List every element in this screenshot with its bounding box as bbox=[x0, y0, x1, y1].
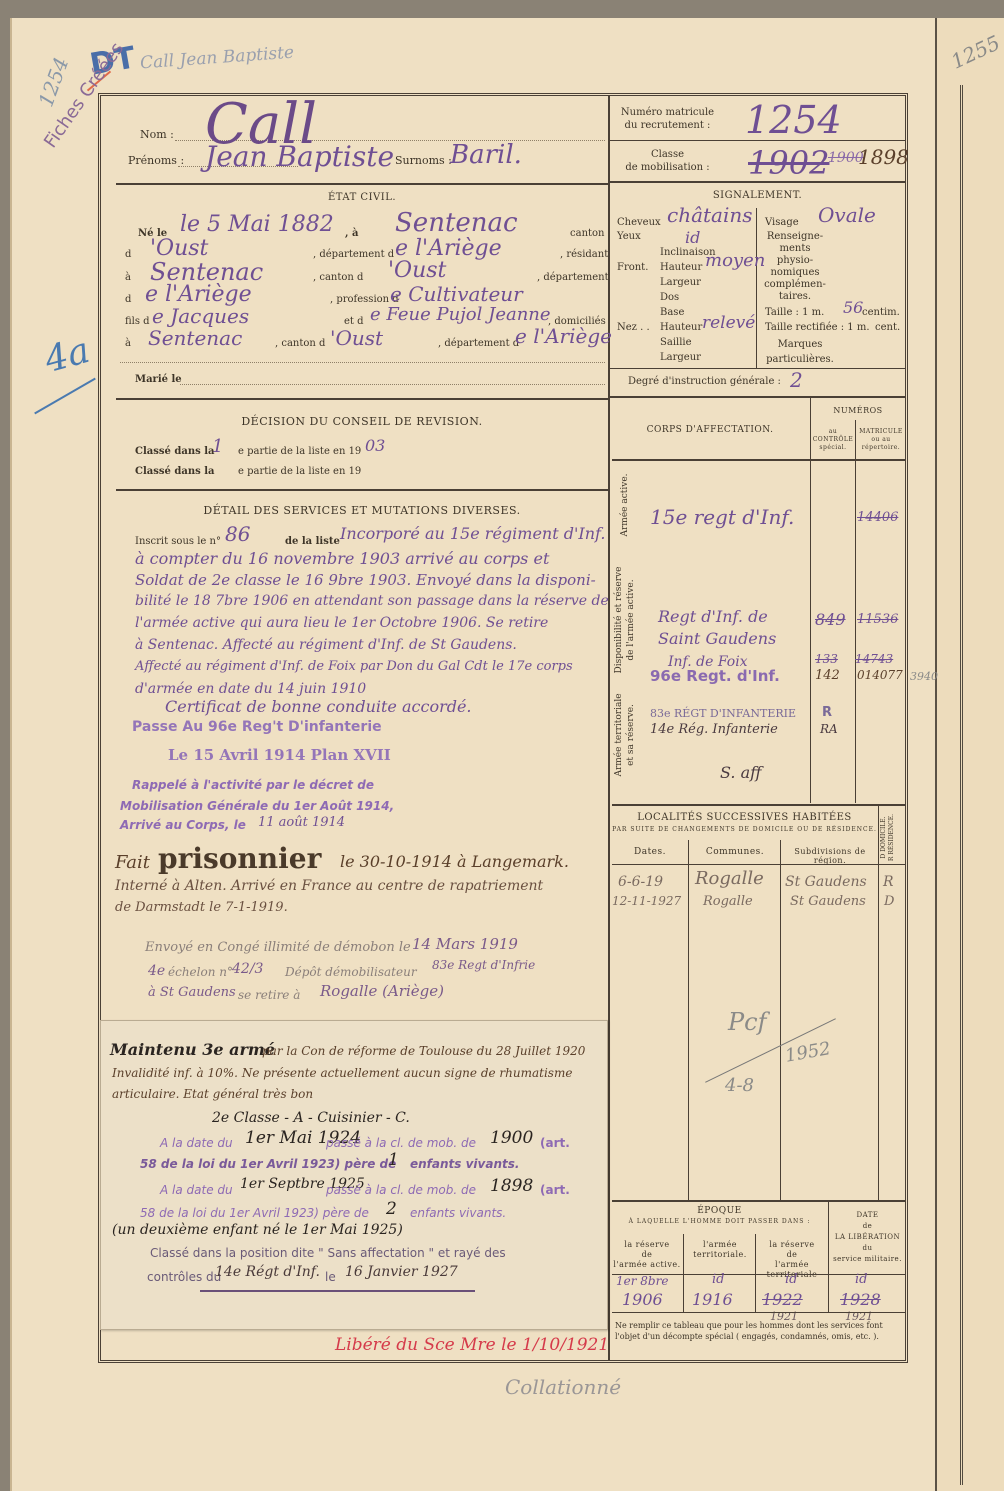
darmstadt-text: de Darmstadt le 7-1-1919. bbox=[115, 900, 288, 915]
classe1-year: 03 bbox=[365, 436, 385, 455]
dates-col-line bbox=[688, 840, 689, 1200]
nom-label: Nom : bbox=[140, 128, 174, 141]
degre-value: 2 bbox=[790, 368, 803, 392]
corps-affectation-title: CORPS D'AFFECTATION. bbox=[612, 425, 808, 435]
maintenu-heading: Maintenu 3e armé bbox=[110, 1040, 275, 1059]
corps-row-4: 96e Regt. d'Inf. bbox=[650, 667, 780, 685]
classe-mobilisation-label: Classe de mobilisation : bbox=[620, 148, 715, 174]
front-hauteur-label: Hauteur bbox=[660, 262, 702, 273]
localites-bottom-divider bbox=[612, 1200, 905, 1202]
front-hauteur-value: moyen bbox=[705, 250, 765, 271]
inscrit-numero: 86 bbox=[225, 522, 250, 546]
classe2-suffix: e partie de la liste en 19 bbox=[238, 466, 361, 477]
canton3-value: 'Oust bbox=[330, 326, 383, 350]
corps-row-1: 15e regt d'Inf. bbox=[650, 505, 794, 529]
echelon-num: 42/3 bbox=[232, 961, 263, 977]
classe-label-line2: de mobilisation : bbox=[620, 161, 715, 174]
epoque-row1-col3: id bbox=[785, 1272, 797, 1287]
classe-struck-value: 1902 bbox=[748, 144, 829, 182]
classe-value: 1898 bbox=[858, 145, 909, 169]
armee-active-label: Armée active. bbox=[620, 465, 630, 545]
localite-commune-2: Rogalle bbox=[703, 894, 753, 909]
etat-civil-dots bbox=[120, 362, 605, 363]
pencil-pcf-note: Pcf bbox=[728, 1008, 766, 1036]
canton-label: canton bbox=[570, 228, 604, 239]
front-largeur-label: Largeur bbox=[660, 277, 701, 288]
depot-value: 83e Regt d'Infrie bbox=[432, 958, 535, 972]
profession-value: e Cultivateur bbox=[390, 282, 523, 306]
localites-header-divider bbox=[612, 864, 905, 865]
localite-dr-1: R bbox=[883, 874, 894, 890]
controles-label: contrôles du bbox=[147, 1270, 221, 1284]
services-title: DÉTAIL DES SERVICES ET MUTATIONS DIVERSE… bbox=[116, 504, 608, 517]
epoque-date-split bbox=[828, 1202, 829, 1312]
dr-col-line bbox=[878, 806, 879, 1201]
classe1-label: Classé dans la bbox=[135, 446, 214, 457]
etat-civil-title: ÉTAT CIVIL. bbox=[116, 192, 608, 203]
corps-margin-note: 3940 bbox=[910, 670, 938, 683]
pencil-date-note: 4-8 bbox=[725, 1075, 754, 1096]
invalidite-text: Invalidité inf. à 10%. Ne présente actue… bbox=[112, 1066, 572, 1080]
localite-subdivision-2: St Gaudens bbox=[790, 894, 866, 909]
domicile-parents-value: Sentenac bbox=[148, 326, 242, 350]
visage-label: Visage bbox=[765, 217, 799, 228]
articulaire-text: articulaire. Etat général très bon bbox=[112, 1087, 313, 1101]
collationne-annotation: Collationné bbox=[505, 1375, 621, 1399]
corps-header-divider bbox=[612, 459, 905, 461]
pere-value: e Jacques bbox=[152, 304, 249, 328]
prenoms-value: Jean Baptiste bbox=[205, 140, 394, 173]
renseignements-label: Renseigne- ments physio- nomiques complé… bbox=[760, 231, 830, 303]
communes-col-line bbox=[780, 840, 781, 1200]
d-label: d bbox=[125, 249, 131, 260]
canton3-label: , canton d bbox=[275, 338, 325, 349]
mere-value: e Feue Pujol Jeanne bbox=[370, 304, 551, 325]
epoque-row1-col1: 1er 8bre bbox=[616, 1274, 668, 1288]
date1-prefix: A la date du bbox=[160, 1136, 233, 1150]
departement2-label: , département bbox=[537, 272, 609, 283]
date2-art: (art. bbox=[540, 1183, 570, 1197]
conseil-bottom-divider bbox=[116, 489, 608, 491]
prisonnier-word: prisonnier bbox=[158, 842, 321, 875]
surnoms-label: Surnoms : bbox=[395, 154, 452, 167]
epoque-title: ÉPOQUE bbox=[612, 1206, 827, 1216]
canton2-label: , canton d bbox=[313, 272, 363, 283]
loi1-text: 58 de la loi du 1er Avril 1923) père de bbox=[140, 1157, 396, 1171]
col-controle-header: au CONTRÔLE spécial. bbox=[812, 428, 854, 452]
retire-label: se retire à bbox=[238, 988, 300, 1002]
col-matricule-header: MATRICULE ou au répertoire. bbox=[857, 428, 905, 452]
column-divider bbox=[608, 96, 610, 1361]
service-line-5: à Sentenac. Affecté au régiment d'Inf. d… bbox=[135, 637, 517, 653]
localite-dr-2: D bbox=[884, 894, 894, 909]
inscrit-label: Inscrit sous le n° bbox=[135, 536, 221, 547]
etat-civil-bottom-divider bbox=[116, 398, 608, 400]
cheveux-value: châtains bbox=[667, 203, 753, 227]
yeux-label: Yeux bbox=[617, 231, 641, 242]
prenoms-label: Prénoms : bbox=[128, 154, 184, 167]
loi2-text: 58 de la loi du 1er Avril 1923) père de bbox=[140, 1206, 369, 1220]
classe-sans-affectation: Classé dans la position dite " Sans affe… bbox=[150, 1246, 506, 1260]
prisonnier-suffix: le 30-10-1914 à Langemark. bbox=[340, 852, 569, 871]
epoque-row1-col2: id bbox=[712, 1272, 724, 1287]
disponibilite-label: Disponibilité et réserve de l'armée acti… bbox=[613, 550, 637, 690]
nez-saillie-label: Saillie bbox=[660, 337, 692, 348]
service-line-4: l'armée active qui aura lieu le 1er Octo… bbox=[135, 615, 548, 631]
matricule-divider bbox=[610, 140, 905, 141]
a2-label: à bbox=[125, 272, 131, 283]
service-line-3: bilité le 18 7bre 1906 en attendant son … bbox=[135, 593, 609, 609]
identity-divider bbox=[116, 183, 608, 185]
liste-label: de la liste bbox=[285, 536, 340, 547]
a-label: , à bbox=[345, 228, 358, 239]
enfants2-suffix: enfants vivants. bbox=[410, 1206, 506, 1220]
echelon-label: échelon n° bbox=[168, 965, 233, 979]
date2-mid: passé à la cl. de mob. de bbox=[326, 1183, 476, 1197]
numero-matricule-value: 1254 bbox=[745, 98, 842, 142]
classe1-suffix: e partie de la liste en 19 bbox=[238, 446, 361, 457]
epoque-row2-col4: 1928 bbox=[840, 1290, 881, 1309]
taille-label: Taille : 1 m. bbox=[765, 307, 824, 318]
controles-regt: 14e Régt d'Inf. bbox=[215, 1264, 320, 1280]
localite-commune-1: Rogalle bbox=[695, 868, 764, 889]
conge-label: Envoyé en Congé illimité de démobon le bbox=[145, 940, 411, 955]
gaudens-text: à St Gaudens bbox=[148, 985, 236, 1000]
localite-date-2: 12-11-1927 bbox=[612, 894, 681, 908]
enfants1-value: 1 bbox=[388, 1150, 399, 1170]
departement3-value: e l'Ariège bbox=[515, 324, 612, 348]
numero-matricule-label: Numéro matricule du recrutement : bbox=[620, 106, 715, 132]
deuxieme-enfant-text: (un deuxième enfant né le 1er Mai 1925) bbox=[112, 1222, 403, 1238]
rappele-line-1: Rappelé à l'activité par le décret de bbox=[132, 778, 374, 792]
fils-label: fils d bbox=[125, 316, 150, 327]
date2-prefix: A la date du bbox=[160, 1183, 233, 1197]
epoque-bottom-divider bbox=[612, 1312, 905, 1313]
service-line-1: à compter du 16 novembre 1903 arrivé au … bbox=[135, 549, 549, 568]
localite-subdivision-1: St Gaudens bbox=[785, 874, 867, 890]
residant-label: , résidant bbox=[560, 249, 608, 260]
nez-base-label: Base bbox=[660, 307, 684, 318]
enfants1-suffix: enfants vivants. bbox=[410, 1157, 519, 1171]
departement-label: , département d bbox=[313, 249, 394, 260]
date1-class: 1900 bbox=[490, 1128, 533, 1148]
corps-bottom-divider bbox=[612, 804, 905, 806]
service-line-7: d'armée en date du 14 juin 1910 bbox=[135, 681, 366, 697]
epoque-row1-col4: id bbox=[855, 1272, 867, 1287]
numero-label-line1: Numéro matricule bbox=[620, 106, 715, 119]
nez-hauteur-value: relevé bbox=[702, 313, 755, 333]
certificat-text: Certificat de bonne conduite accordé. bbox=[165, 697, 472, 716]
conseil-revision-title: DÉCISION DU CONSEIL DE REVISION. bbox=[116, 415, 608, 428]
service-line-6: Affecté au régiment d'Inf. de Foix par D… bbox=[135, 659, 573, 674]
retire-value: Rogalle (Ariège) bbox=[320, 982, 444, 1000]
territoriale-label: Armée territoriale et sa réserve. bbox=[613, 680, 637, 790]
date1-mid: passé à la cl. de mob. de bbox=[326, 1136, 476, 1150]
epoque-col1-header: la réserve de l'armée active. bbox=[612, 1240, 682, 1270]
next-page-frame bbox=[960, 85, 1004, 1485]
arrive-date: 11 août 1914 bbox=[258, 815, 345, 830]
centim-label: centim. bbox=[862, 307, 900, 318]
rappele-line-2: Mobilisation Générale du 1er Août 1914, bbox=[120, 799, 394, 813]
epoque-note: Ne remplir ce tableau que pour les homme… bbox=[615, 1320, 905, 1342]
localites-subtitle: PAR SUITE DE CHANGEMENTS DE DOMICILE OU … bbox=[612, 826, 877, 833]
degre-label: Degré d'instruction générale : bbox=[628, 376, 781, 387]
controle-row-6: RA bbox=[820, 722, 838, 736]
yeux-value: id bbox=[685, 228, 700, 247]
ne-le-value: le 5 Mai 1882 bbox=[180, 212, 334, 237]
canton2-value: 'Oust bbox=[388, 258, 446, 283]
classe1-value: 1 bbox=[212, 436, 223, 457]
surnoms-value: Baril. bbox=[450, 140, 522, 170]
numeros-split-2 bbox=[855, 420, 856, 803]
fait-prefix: Fait bbox=[115, 852, 150, 873]
taille-value: 56 bbox=[843, 298, 863, 317]
depot-label: Dépôt démobilisateur bbox=[285, 965, 417, 979]
nez-hauteur-label: Hauteur bbox=[660, 322, 702, 333]
col-dr-header: D DOMICILE. R RÉSIDENCE. bbox=[880, 810, 896, 865]
cheveux-label: Cheveux bbox=[617, 217, 661, 228]
controle-row-2: 849 bbox=[815, 610, 846, 629]
date1-art: (art. bbox=[540, 1136, 570, 1150]
epoque-col1-line bbox=[683, 1234, 684, 1312]
epoque-col2-line bbox=[755, 1234, 756, 1312]
signalement-bottom-divider bbox=[610, 396, 905, 398]
corps-row-2: Regt d'Inf. de Saint Gaudens bbox=[658, 606, 808, 650]
corps-row-6: 14e Rég. Infanterie bbox=[650, 722, 778, 737]
signalement-divider bbox=[610, 368, 905, 369]
corps-row-7: S. aff bbox=[720, 763, 761, 782]
localites-title: LOCALITÉS SUCCESSIVES HABITÉES bbox=[612, 812, 877, 823]
epoque-subtitle: À LAQUELLE L'HOMME DOIT PASSER DANS : bbox=[612, 1218, 827, 1225]
cent-label: cent. bbox=[875, 322, 900, 333]
signalement-split bbox=[756, 208, 757, 368]
service-line-0: Incorporé au 15e régiment d'Inf. bbox=[340, 524, 605, 543]
controle-row-5: R bbox=[822, 705, 832, 720]
enfants2-value: 2 bbox=[386, 1199, 397, 1219]
epoque-row2-col1: 1906 bbox=[622, 1290, 663, 1309]
signalement-title: SIGNALEMENT. bbox=[610, 190, 905, 201]
controles-underline bbox=[200, 1290, 475, 1292]
marie-dots bbox=[180, 384, 605, 385]
echelon-prefix: 4e bbox=[148, 963, 165, 979]
liberation-header: DATE de LA LIBÉRATION du service militai… bbox=[830, 1210, 905, 1265]
col-subdivisions-header: Subdivisions de région. bbox=[782, 847, 878, 865]
numero-label-line2: du recrutement : bbox=[620, 119, 715, 132]
reforme-text: par la Con de réforme de Toulouse du 28 … bbox=[262, 1044, 585, 1058]
visage-value: Ovale bbox=[818, 203, 876, 227]
epoque-row2-col2: 1916 bbox=[692, 1290, 733, 1309]
numeros-title: NUMÉROS bbox=[812, 406, 904, 415]
front-label: Front. bbox=[617, 262, 648, 273]
controles-le: le bbox=[325, 1270, 336, 1284]
col-dates-header: Dates. bbox=[612, 847, 688, 857]
epoque-col2-header: l'armée territoriale. bbox=[685, 1240, 755, 1260]
corps-row-5: 83e RÉGT D'INFANTERIE bbox=[650, 707, 796, 720]
nez-label: Nez . . bbox=[617, 322, 650, 333]
epoque-row2-col3: 1922 bbox=[762, 1290, 803, 1309]
arrive-label: Arrivé au Corps, le bbox=[120, 818, 246, 832]
d2-label: d bbox=[125, 294, 131, 305]
localite-date-1: 6-6-19 bbox=[618, 874, 663, 890]
service-line-2: Soldat de 2e classe le 16 9bre 1903. Env… bbox=[135, 571, 596, 589]
matricule-row-4: 014077 bbox=[857, 668, 903, 682]
col-communes-header: Communes. bbox=[690, 847, 780, 857]
lieu-naissance-value: Sentenac bbox=[395, 208, 518, 238]
stamp-passe-96: Passe Au 96e Reg't D'infanterie bbox=[132, 719, 382, 735]
matricule-bottom-divider bbox=[610, 181, 905, 183]
date2-class: 1898 bbox=[490, 1176, 533, 1196]
conge-date: 14 Mars 1919 bbox=[412, 935, 518, 953]
matricule-row-1: 14406 bbox=[857, 510, 898, 525]
libere-annotation: Libéré du Sce Mre le 1/10/1921 bbox=[335, 1335, 609, 1355]
classe2-label: Classé dans la bbox=[135, 466, 214, 477]
stamp-plan-xvii: Le 15 Avril 1914 Plan XVII bbox=[168, 746, 391, 764]
classe-label-line1: Classe bbox=[620, 148, 715, 161]
controle-row-3: 133 bbox=[815, 652, 838, 666]
matricule-row-3: 14743 bbox=[855, 652, 893, 666]
interne-text: Interné à Alten. Arrivé en France au cen… bbox=[115, 878, 543, 894]
nez-dos-label: Dos bbox=[660, 292, 679, 303]
matricule-row-2: 11536 bbox=[857, 612, 898, 627]
departement3-label: , département d bbox=[438, 338, 519, 349]
classe-cuisinier-text: 2e Classe - A - Cuisinier - C. bbox=[212, 1110, 410, 1126]
nez-largeur-label: Largeur bbox=[660, 352, 701, 363]
controle-row-4: 142 bbox=[815, 668, 840, 683]
marques-label: Marques particulières. bbox=[765, 337, 835, 367]
controles-date: 16 Janvier 1927 bbox=[345, 1264, 458, 1280]
marie-label: Marié le bbox=[135, 374, 182, 385]
taille-rectifiee-label: Taille rectifiée : 1 m. bbox=[765, 322, 870, 333]
a3-label: à bbox=[125, 338, 131, 349]
